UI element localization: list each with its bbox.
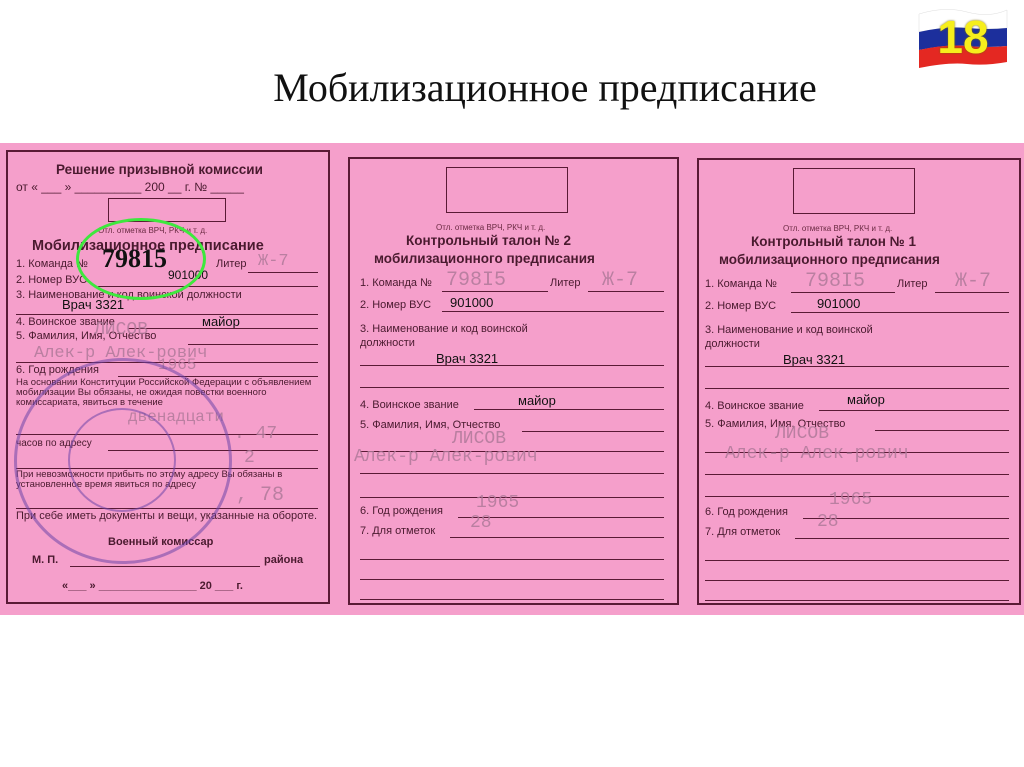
russian-flag-icon: 18: [915, 6, 1011, 68]
team-number-label: 1. Команда №: [705, 278, 777, 290]
notes-value: 28: [470, 513, 492, 533]
rank-value: майор: [518, 393, 556, 408]
liter-label: Литер: [216, 258, 247, 270]
position-value: Врач 3321: [783, 352, 845, 367]
mark-caption: Отл. отметка ВРЧ, РКЧ и т. д.: [783, 224, 892, 233]
name-patronymic-value: Алек-р Алек-рович: [725, 444, 909, 464]
vus-value: 901000: [450, 295, 493, 310]
mp-label: М. П.: [32, 554, 58, 566]
position-label: 3. Наименование и код воинской: [360, 323, 528, 335]
commission-heading: Решение призывной комиссии: [56, 162, 263, 177]
stub-title: Контрольный талон № 1: [751, 234, 916, 249]
rank-label: 4. Воинское звание: [705, 400, 804, 412]
position-label-cont: должности: [360, 337, 415, 349]
position-label-cont: должности: [705, 338, 760, 350]
liter-label: Литер: [897, 278, 928, 290]
surname-value: ЛИСОВ: [452, 429, 506, 449]
stub-title: Контрольный талон № 2: [406, 233, 571, 248]
rank-value: майор: [202, 314, 240, 329]
notes-label: 7. Для отметок: [360, 525, 435, 537]
liter-value: Ж-7: [258, 252, 289, 271]
control-stub-2-panel: Отл. отметка ВРЧ, РКЧ и т. д. Контрольны…: [348, 157, 679, 605]
rank-value: майор: [847, 392, 885, 407]
stub-subtitle: мобилизационного предписания: [719, 252, 940, 267]
page-number: 18: [915, 10, 1011, 64]
notes-value: 28: [817, 512, 839, 532]
vus-value: 901000: [817, 296, 860, 311]
rank-label: 4. Воинское звание: [360, 399, 459, 411]
team-number-value: 798I5: [446, 269, 506, 292]
footer-date-line: «___ » ________________ 20 ___ г.: [62, 580, 243, 592]
position-value: Врач 3321: [62, 297, 124, 312]
notes-label: 7. Для отметок: [705, 526, 780, 538]
vus-label: 2. Номер ВУС: [705, 300, 776, 312]
birth-year-value: 1965: [476, 493, 519, 513]
address-value-1: . 47: [234, 424, 277, 444]
position-value: Врач 3321: [436, 351, 498, 366]
liter-value: Ж-7: [602, 269, 638, 292]
stub-subtitle: мобилизационного предписания: [374, 251, 595, 266]
vus-label: 2. Номер ВУС: [16, 274, 87, 286]
surname-value: ЛИСОВ: [94, 320, 148, 340]
mark-caption: Отл. отметка ВРЧ, РКЧ и т. д.: [436, 223, 545, 232]
control-stub-1-panel: Отл. отметка ВРЧ, РКЧ и т. д. Контрольны…: [697, 158, 1021, 605]
team-number-label: 1. Команда №: [360, 277, 432, 289]
team-number-value: 798I5: [805, 270, 865, 293]
official-stamp-inner: [68, 408, 176, 512]
name-patronymic-value: Алек-р Алек-рович: [354, 447, 538, 467]
vus-label: 2. Номер ВУС: [360, 299, 431, 311]
position-label: 3. Наименование и код воинской: [705, 324, 873, 336]
commission-date-line: от « ___ » __________ 200 __ г. № _____: [16, 180, 244, 194]
slide-title: Мобилизационное предписание: [0, 64, 1024, 111]
liter-label: Литер: [550, 277, 581, 289]
birth-year-value: 1965: [829, 490, 872, 510]
highlighted-team-number: 79815: [102, 244, 167, 274]
address-value-2: 2: [244, 448, 255, 468]
address-value-3: , 78: [236, 484, 284, 507]
surname-value: ЛИСОВ: [775, 424, 829, 444]
birth-year-label: 6. Год рождения: [360, 505, 443, 517]
birth-year-label: 6. Год рождения: [705, 506, 788, 518]
mobilization-order-panel: Решение призывной комиссии от « ___ » __…: [6, 150, 330, 604]
mark-box: [793, 168, 915, 214]
liter-value: Ж-7: [955, 270, 991, 293]
mark-box: [446, 167, 568, 213]
district-label: района: [264, 554, 303, 566]
